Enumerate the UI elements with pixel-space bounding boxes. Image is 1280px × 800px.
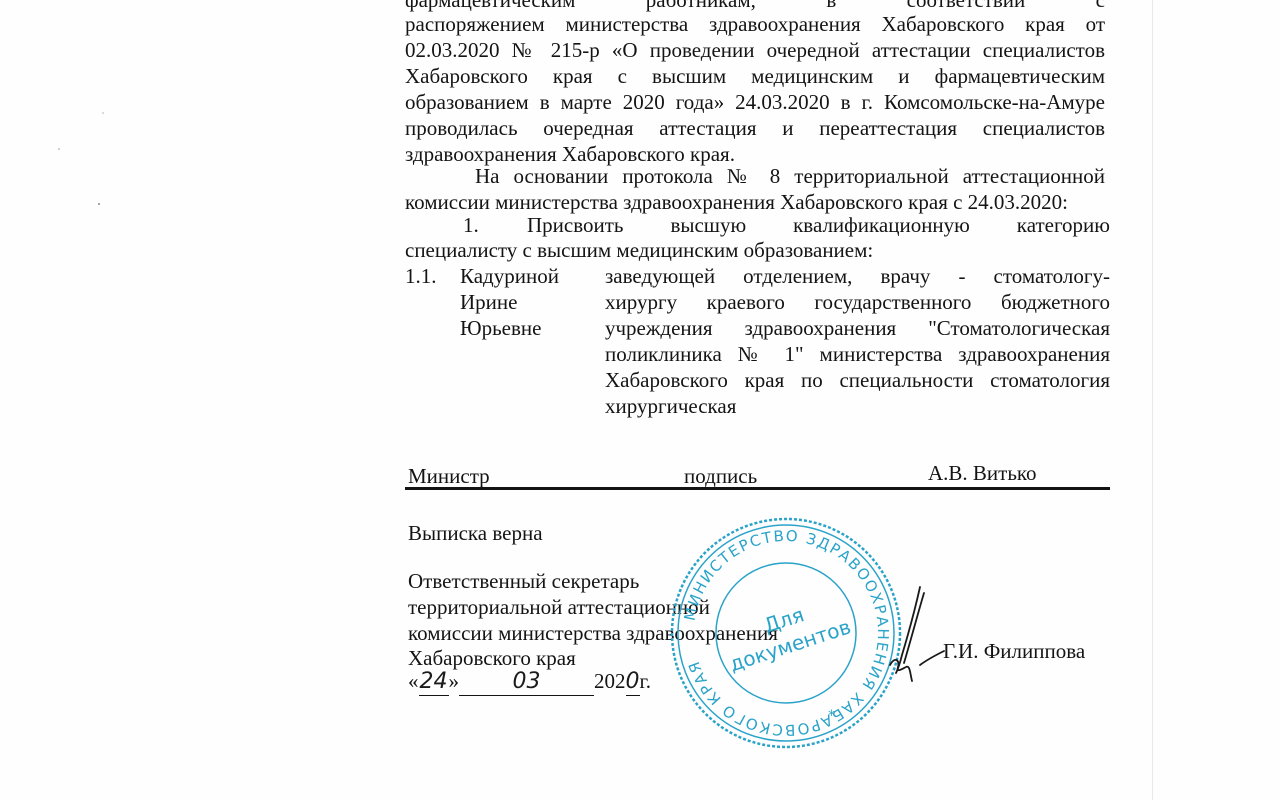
text-line: Хабаровского края по специальности стома… xyxy=(605,367,1110,393)
name-line: Юрьевне xyxy=(460,315,600,341)
paragraph-attestation-basis: распоряжением министерства здравоохранен… xyxy=(405,11,1105,167)
certification-label: Выписка верна xyxy=(408,520,543,546)
item-number: 1.1. xyxy=(405,263,437,289)
date-year-suffix: г. xyxy=(640,669,652,693)
text-line: учреждения здравоохранения "Стоматологич… xyxy=(605,315,1110,341)
text-line: 02.03.2020 № 215-р «О проведении очередн… xyxy=(405,37,1105,63)
secretary-title-line: Ответственный секретарь xyxy=(408,568,639,594)
handwritten-signature xyxy=(880,585,950,685)
signature-label: подпись xyxy=(684,463,757,489)
official-stamp: МИНИСТЕРСТВО ЗДРАВООХРАНЕНИЯ ХАБАРОВСКОГ… xyxy=(668,515,904,751)
paragraph-protocol-basis: На основании протокола № 8 территориальн… xyxy=(405,163,1105,215)
scanned-document-page: фармацевтическим работникам, в соответст… xyxy=(0,0,1280,800)
secretary-title-line: территориальной аттестационной xyxy=(408,594,710,620)
date-day-handwritten: 24 xyxy=(419,669,449,696)
text-line: заведующей отделением, врачу - стоматоло… xyxy=(605,263,1110,289)
name-line: Кадуриной xyxy=(460,263,600,289)
date-year-prefix: 202 xyxy=(594,669,626,693)
minister-title: Министр xyxy=(408,463,490,489)
horizontal-rule xyxy=(405,487,1110,490)
scan-edge-line xyxy=(1152,0,1153,800)
text-line: На основании протокола № 8 территориальн… xyxy=(405,163,1105,189)
secretary-name: Г.И. Филиппова xyxy=(943,638,1085,664)
date-open-quote: « xyxy=(408,669,419,693)
date-close-quote: » xyxy=(449,669,460,693)
text-line: распоряжением министерства здравоохранен… xyxy=(405,11,1105,37)
person-name: Кадуриной Ирине Юрьевне xyxy=(460,263,600,341)
text-line: хирургу краевого государственного бюджет… xyxy=(605,289,1110,315)
person-position-description: заведующей отделением, врачу - стоматоло… xyxy=(605,263,1110,419)
date-month-handwritten: 03 xyxy=(459,669,594,696)
minister-name: А.В. Витько xyxy=(928,460,1037,486)
certification-date: «24»032020г. xyxy=(408,668,651,696)
item-title: Присвоить высшую квалификационную катего… xyxy=(527,212,1110,238)
text-line: хирургическая xyxy=(605,393,1110,419)
scan-speck xyxy=(98,203,100,205)
text-line: поликлиника № 1" министерства здравоохра… xyxy=(605,341,1110,367)
text-line: образованием в марте 2020 года» 24.03.20… xyxy=(405,89,1105,115)
name-line: Ирине xyxy=(460,289,600,315)
stamp-star: * xyxy=(828,708,835,724)
scan-speck xyxy=(58,148,60,150)
text-line: проводилась очередная аттестация и переа… xyxy=(405,115,1105,141)
text-line: Хабаровского края с высшим медицинским и… xyxy=(405,63,1105,89)
item-1-heading: 1. Присвоить высшую квалификационную кат… xyxy=(405,212,1105,238)
date-year-digit-handwritten: 0 xyxy=(626,669,640,696)
item-1-continuation: специалисту с высшим медицинским образов… xyxy=(405,237,873,263)
scan-speck xyxy=(102,112,104,114)
item-number: 1. xyxy=(463,212,479,238)
